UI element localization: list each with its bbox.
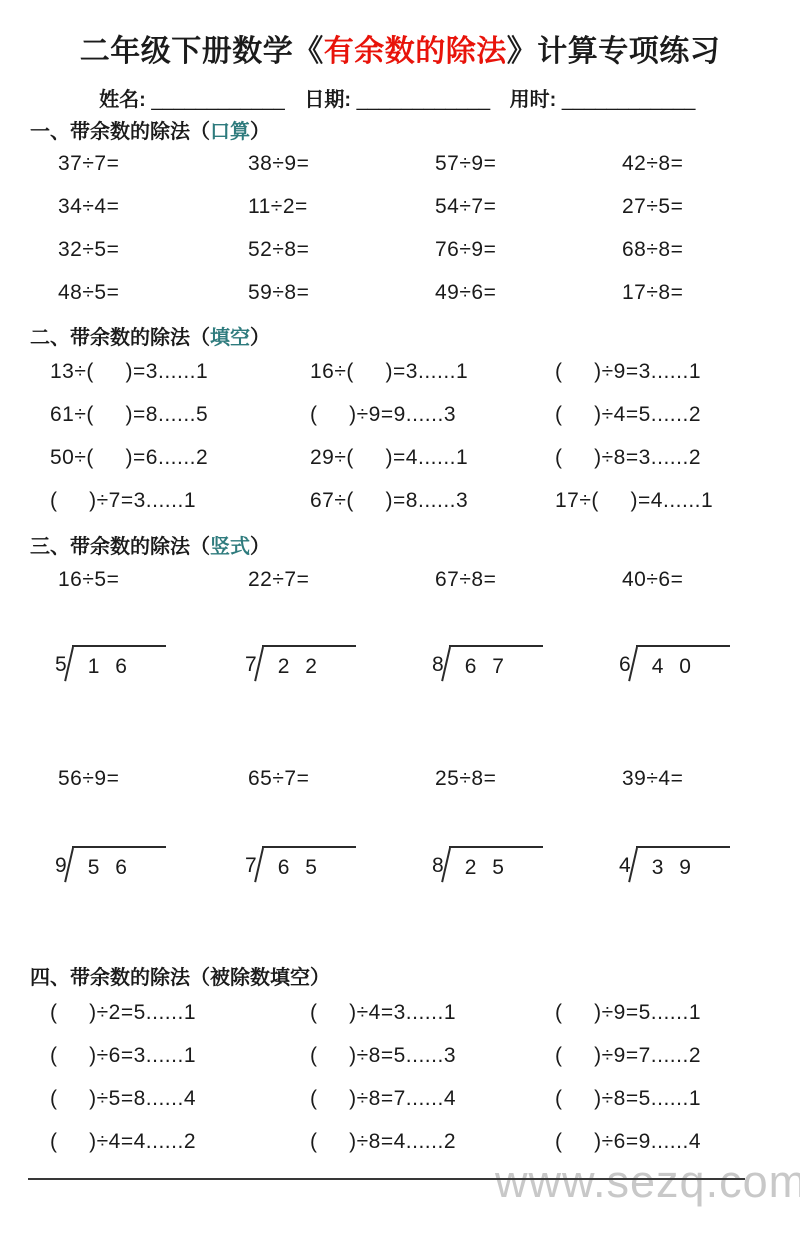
long-division: 72 2 bbox=[242, 645, 429, 687]
page-title: 二年级下册数学《有余数的除法》计算专项练习 bbox=[0, 26, 800, 70]
dividend-fill-problem: ( )÷6=3......1 bbox=[50, 1041, 310, 1084]
section3-header: 三、带余数的除法（竖式） bbox=[30, 533, 270, 561]
info-line: 姓名: ____________ 日期: ____________ 用时: __… bbox=[0, 83, 800, 112]
vertical-eq: 39÷4= bbox=[622, 764, 683, 807]
dividend-under-bracket: 2 5 bbox=[449, 846, 543, 881]
oral-problem: 49÷6= bbox=[435, 278, 622, 321]
paren-open: （ bbox=[190, 121, 210, 143]
time-label: 用时: bbox=[510, 89, 557, 111]
section4-header: 四、带余数的除法（被除数填空） bbox=[30, 964, 330, 992]
vertical-equations-row2: 56÷9= 65÷7= 25÷8= 39÷4= bbox=[58, 764, 683, 807]
dividend-fill-problem: ( )÷9=5......1 bbox=[555, 998, 701, 1041]
dividend-under-bracket: 4 0 bbox=[636, 645, 730, 680]
vertical-eq: 22÷7= bbox=[248, 565, 435, 608]
section1-subtitle: 口算 bbox=[210, 121, 250, 143]
long-division: 51 6 bbox=[52, 645, 242, 687]
oral-problem: 38÷9= bbox=[248, 149, 435, 192]
oral-problem: 52÷8= bbox=[248, 235, 435, 278]
paren-open: （ bbox=[190, 967, 210, 989]
name-label: 姓名: bbox=[99, 89, 146, 111]
oral-problem: 34÷4= bbox=[58, 192, 248, 235]
dividend-under-bracket: 6 5 bbox=[262, 846, 356, 881]
fill-blank-problem: ( )÷4=5......2 bbox=[555, 400, 713, 443]
long-division: 43 9 bbox=[616, 846, 730, 888]
paren-close: ） bbox=[250, 536, 270, 558]
dividend-fill-problem: ( )÷5=8......4 bbox=[50, 1084, 310, 1127]
title-suffix: 计算专项练习 bbox=[537, 35, 720, 68]
time-blank: ____________ bbox=[556, 89, 701, 111]
oral-problem: 57÷9= bbox=[435, 149, 622, 192]
watermark: www.sezq.com bbox=[495, 1156, 800, 1208]
dividend-fill-problem: ( )÷4=3......1 bbox=[310, 998, 555, 1041]
vertical-eq: 56÷9= bbox=[58, 764, 248, 807]
dividend-fill-problem: ( )÷8=5......3 bbox=[310, 1041, 555, 1084]
section2-header: 二、带余数的除法（填空） bbox=[30, 324, 270, 352]
oral-problem: 27÷5= bbox=[622, 192, 683, 235]
fill-blank-problem: 16÷( )=3......1 bbox=[310, 357, 555, 400]
section3-heading: 三、带余数的除法 bbox=[30, 536, 190, 558]
fill-blank-problem: 50÷( )=6......2 bbox=[50, 443, 310, 486]
section2-heading: 二、带余数的除法 bbox=[30, 327, 190, 349]
fill-blank-grid: 13÷( )=3......1 16÷( )=3......1 ( )÷9=3.… bbox=[50, 357, 713, 529]
divider-line bbox=[28, 1178, 745, 1180]
dividend-fill-problem: ( )÷8=7......4 bbox=[310, 1084, 555, 1127]
section4-heading: 四、带余数的除法 bbox=[30, 967, 190, 989]
dividend-fill-problem: ( )÷2=5......1 bbox=[50, 998, 310, 1041]
worksheet-page: 二年级下册数学《有余数的除法》计算专项练习 姓名: ____________ 日… bbox=[0, 0, 800, 1233]
oral-problem: 11÷2= bbox=[248, 192, 435, 235]
vertical-eq: 40÷6= bbox=[622, 565, 683, 608]
vertical-eq: 65÷7= bbox=[248, 764, 435, 807]
dividend-under-bracket: 6 7 bbox=[449, 645, 543, 680]
dividend-under-bracket: 5 6 bbox=[72, 846, 166, 881]
fill-blank-problem: ( )÷7=3......1 bbox=[50, 486, 310, 529]
fill-blank-problem: 29÷( )=4......1 bbox=[310, 443, 555, 486]
section1-header: 一、带余数的除法（口算） bbox=[30, 118, 270, 146]
fill-blank-problem: ( )÷9=3......1 bbox=[555, 357, 713, 400]
oral-problem: 76÷9= bbox=[435, 235, 622, 278]
vertical-eq: 67÷8= bbox=[435, 565, 622, 608]
oral-problem: 54÷7= bbox=[435, 192, 622, 235]
section3-subtitle: 竖式 bbox=[210, 536, 250, 558]
fill-blank-problem: ( )÷9=9......3 bbox=[310, 400, 555, 443]
dividend-fill-problem: ( )÷8=5......1 bbox=[555, 1084, 701, 1127]
title-highlight: 有余数的除法 bbox=[324, 35, 507, 68]
oral-problem: 59÷8= bbox=[248, 278, 435, 321]
vertical-eq: 16÷5= bbox=[58, 565, 248, 608]
name-blank: ____________ bbox=[146, 89, 291, 111]
long-division: 95 6 bbox=[52, 846, 242, 888]
long-division: 86 7 bbox=[429, 645, 616, 687]
vertical-eq: 25÷8= bbox=[435, 764, 622, 807]
dividend-under-bracket: 3 9 bbox=[636, 846, 730, 881]
long-division-row1: 51 6 72 2 86 7 64 0 bbox=[52, 645, 730, 687]
date-label: 日期: bbox=[304, 89, 351, 111]
dividend-fill-problem: ( )÷4=4......2 bbox=[50, 1127, 310, 1170]
oral-problem: 32÷5= bbox=[58, 235, 248, 278]
section4-subtitle: 被除数填空 bbox=[210, 967, 310, 989]
long-division-row2: 95 6 76 5 82 5 43 9 bbox=[52, 846, 730, 888]
oral-problem: 37÷7= bbox=[58, 149, 248, 192]
dividend-under-bracket: 1 6 bbox=[72, 645, 166, 680]
dividend-fill-problem: ( )÷9=7......2 bbox=[555, 1041, 701, 1084]
long-division: 82 5 bbox=[429, 846, 616, 888]
section1-heading: 一、带余数的除法 bbox=[30, 121, 190, 143]
title-prefix: 二年级下册数学 bbox=[80, 35, 294, 68]
date-blank: ____________ bbox=[351, 89, 496, 111]
title-open-bracket: 《 bbox=[293, 35, 324, 68]
dividend-under-bracket: 2 2 bbox=[262, 645, 356, 680]
fill-blank-problem: 61÷( )=8......5 bbox=[50, 400, 310, 443]
oral-problem: 68÷8= bbox=[622, 235, 683, 278]
long-division: 76 5 bbox=[242, 846, 429, 888]
fill-blank-problem: ( )÷8=3......2 bbox=[555, 443, 713, 486]
paren-open: （ bbox=[190, 536, 210, 558]
oral-problem: 48÷5= bbox=[58, 278, 248, 321]
fill-blank-problem: 17÷( )=4......1 bbox=[555, 486, 713, 529]
section2-subtitle: 填空 bbox=[210, 327, 250, 349]
fill-blank-problem: 13÷( )=3......1 bbox=[50, 357, 310, 400]
paren-close: ） bbox=[250, 121, 270, 143]
oral-problem: 17÷8= bbox=[622, 278, 683, 321]
fill-blank-problem: 67÷( )=8......3 bbox=[310, 486, 555, 529]
paren-close: ） bbox=[250, 327, 270, 349]
title-close-bracket: 》 bbox=[507, 35, 538, 68]
dividend-fill-grid: ( )÷2=5......1 ( )÷4=3......1 ( )÷9=5...… bbox=[50, 998, 701, 1170]
vertical-equations-row1: 16÷5= 22÷7= 67÷8= 40÷6= bbox=[58, 565, 683, 608]
paren-close: ） bbox=[310, 967, 330, 989]
oral-problems-grid: 37÷7= 38÷9= 57÷9= 42÷8= 34÷4= 11÷2= 54÷7… bbox=[58, 149, 683, 321]
oral-problem: 42÷8= bbox=[622, 149, 683, 192]
long-division: 64 0 bbox=[616, 645, 730, 687]
paren-open: （ bbox=[190, 327, 210, 349]
